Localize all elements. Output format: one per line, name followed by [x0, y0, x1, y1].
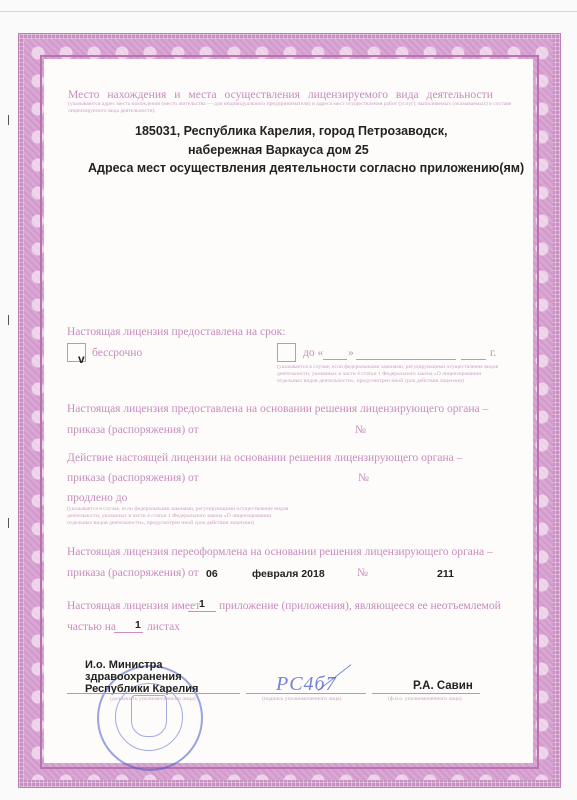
- until-day-field[interactable]: [323, 359, 347, 360]
- reissue-number-label: №: [357, 567, 368, 579]
- basis-line-1: Настоящая лицензия предоставлена на осно…: [67, 403, 488, 415]
- appendix-part-prefix: частью на: [67, 621, 116, 633]
- term-label: Настоящая лицензия предоставлена на срок…: [67, 326, 285, 338]
- appendix-count-field: [188, 611, 216, 612]
- extension-note: (указывается в случае, если федеральными…: [67, 506, 297, 527]
- location-heading: Место нахождения и места осуществления л…: [68, 88, 493, 101]
- appendix-sheets-field: [114, 632, 143, 633]
- reissue-number: 211: [437, 568, 454, 580]
- location-note: (указываются адрес места нахождения (мес…: [68, 101, 518, 115]
- extension-line-1: Действие настоящей лицензии на основании…: [67, 452, 462, 464]
- extended-until-label: продлено до: [67, 492, 127, 504]
- until-year-suffix: г.: [490, 347, 496, 359]
- until-year-field[interactable]: [461, 359, 486, 360]
- signatory-name: Р.А. Савин: [413, 680, 473, 692]
- appendix-middle: приложение (приложения), являющееся ее н…: [219, 600, 501, 612]
- signature-caption: (подпись уполномоченного лица): [262, 696, 342, 703]
- extension-line-2: приказа (распоряжения) от: [67, 472, 199, 484]
- address-line-3: Адреса мест осуществления деятельности с…: [88, 161, 524, 175]
- basis-line-2: приказа (распоряжения) от: [67, 424, 199, 436]
- edge-mark: [8, 518, 9, 528]
- address-line-2: набережная Варкауса дом 25: [188, 143, 369, 157]
- scan-edge-line: [0, 11, 577, 12]
- reissue-day: 06: [206, 568, 218, 580]
- position-line: [67, 693, 240, 694]
- appendix-sheets: 1: [135, 619, 141, 631]
- extension-number-label: №: [358, 472, 369, 484]
- reissue-month-year: февраля 2018: [252, 568, 325, 580]
- indefinite-label: бессрочно: [92, 347, 142, 359]
- until-month-field[interactable]: [356, 359, 456, 360]
- signature-line: [246, 693, 366, 694]
- name-line: [372, 693, 480, 694]
- edge-mark: [8, 315, 9, 325]
- until-label: до «: [303, 347, 323, 359]
- check-mark-icon: v: [78, 352, 85, 366]
- address-line-1: 185031, Республика Карелия, город Петроз…: [135, 124, 447, 138]
- reissue-line-1: Настоящая лицензия переоформлена на осно…: [67, 546, 493, 558]
- appendix-prefix: Настоящая лицензия имеет: [67, 600, 200, 612]
- until-date-checkbox[interactable]: [277, 343, 296, 362]
- reissue-line-2: приказа (распоряжения) от: [67, 567, 199, 579]
- basis-number-label: №: [355, 424, 366, 436]
- until-note: (указывается в случае, если федеральными…: [277, 364, 502, 385]
- appendix-sheets-suffix: листах: [147, 621, 180, 633]
- edge-mark: [8, 115, 9, 125]
- position-line-2: здравоохранения: [85, 671, 182, 683]
- name-caption: (ф.и.о. уполномоченного лица): [388, 696, 462, 703]
- position-line-1: И.о. Министра: [85, 659, 162, 671]
- appendix-count: 1: [199, 598, 205, 610]
- position-caption: (должность уполномоченного лица): [110, 696, 196, 703]
- until-quote-close: »: [348, 347, 354, 359]
